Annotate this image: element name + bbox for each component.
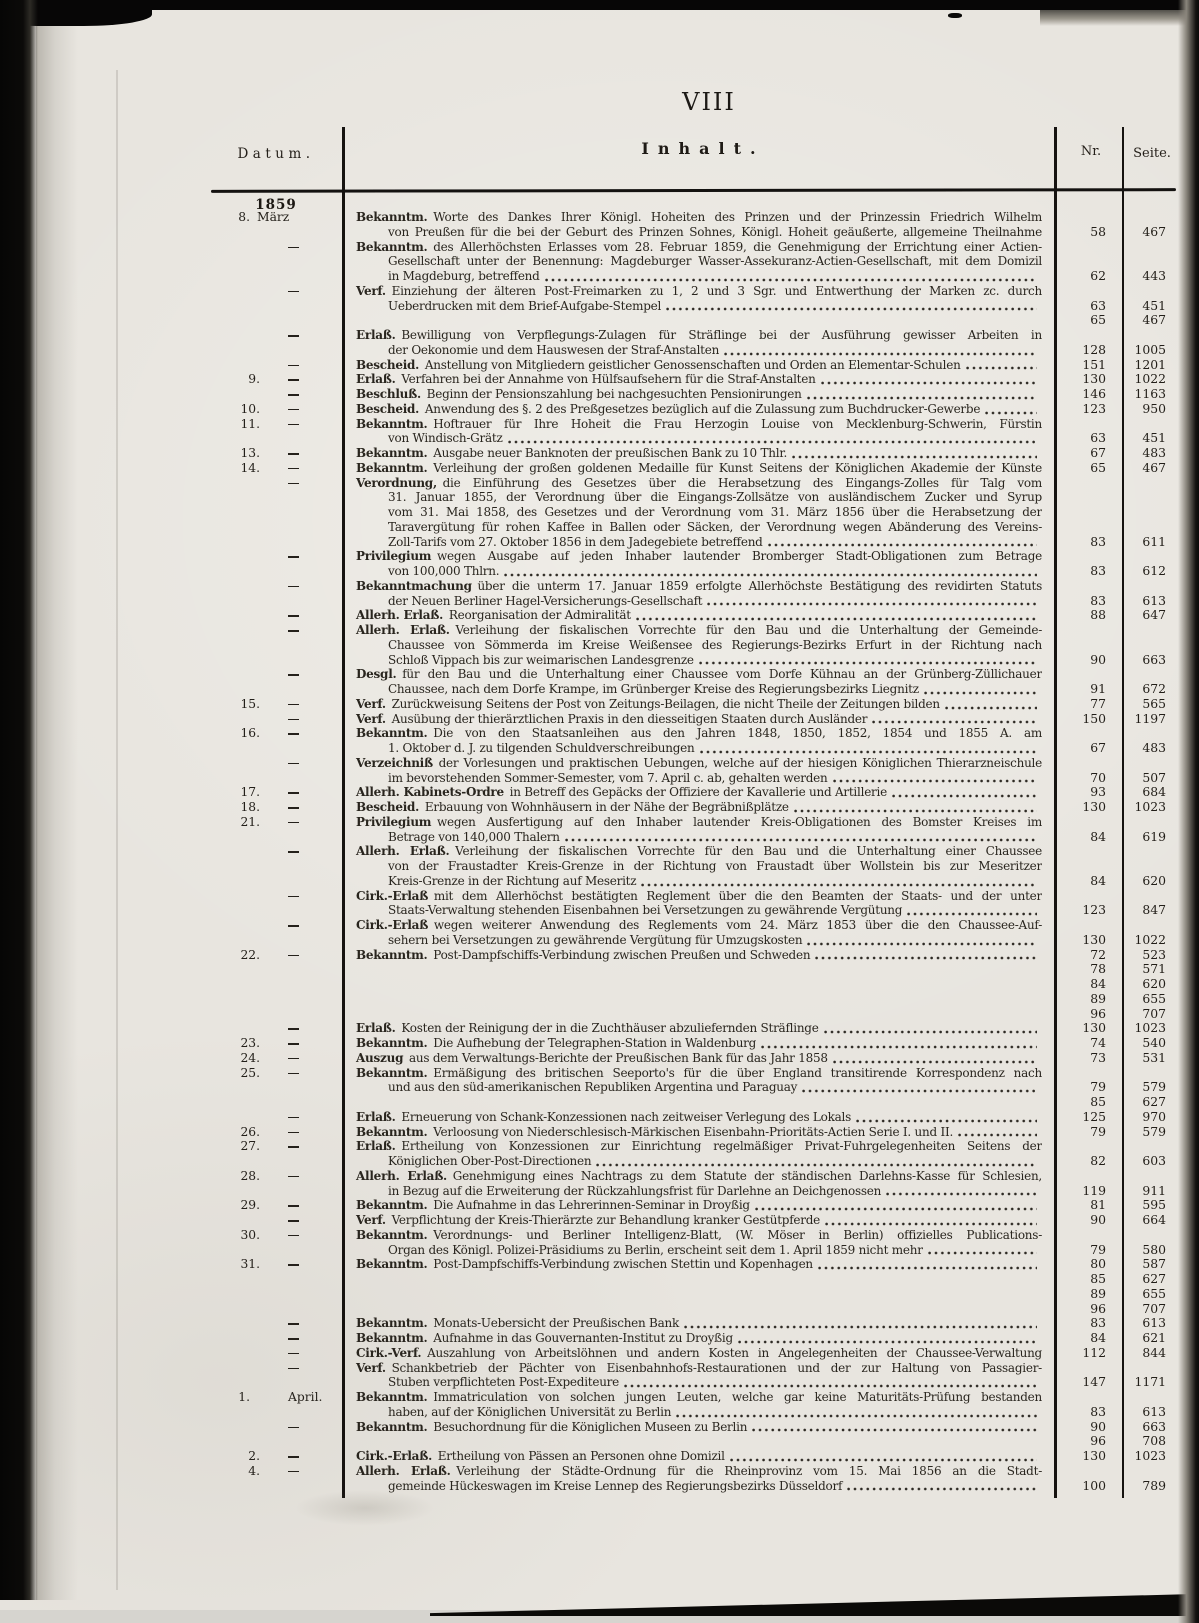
date-cell	[0, 1346, 344, 1361]
date-ditto-dash	[288, 1235, 299, 1237]
date-cell	[0, 594, 344, 609]
dotted-leader	[794, 809, 1037, 813]
entry-line: Gesellschaft unter der Benennung: Magdeb…	[344, 254, 1042, 269]
entry-text: Bekanntm. Ausgabe neuer Banknoten der pr…	[356, 446, 787, 461]
date-ditto-dash	[288, 896, 299, 898]
nr-value	[1042, 476, 1110, 491]
nr-value: 90	[1042, 1213, 1110, 1228]
entry-line	[344, 1007, 1042, 1022]
entry-line: Bekanntm. Verordnungs- und Berliner Inte…	[344, 1228, 1042, 1243]
entry-line: Bekanntmachung über die unterm 17. Janua…	[344, 579, 1042, 594]
date-day: 27.	[240, 1139, 260, 1154]
seite-value	[1110, 490, 1168, 505]
date-ditto-dash	[288, 1338, 299, 1340]
seite-value	[1110, 859, 1168, 874]
toc-row: 25.Bekanntm. Ermäßigung des britischen S…	[0, 1066, 1199, 1081]
entry-line: Bekanntm. Ermäßigung des britischen Seep…	[344, 1066, 1042, 1081]
date-cell	[0, 549, 344, 564]
entry-text: Bekanntm. Post-Dampfschiffs-Verbindung z…	[356, 948, 810, 963]
toc-row: 14.Bekanntm. Verleihung der großen golde…	[0, 461, 1199, 476]
date-cell	[0, 299, 344, 314]
date-ditto-dash	[288, 1264, 299, 1266]
dotted-leader	[666, 307, 1037, 311]
nr-value: 96	[1042, 1302, 1110, 1317]
date-ditto-dash	[288, 1471, 299, 1473]
date-cell: 11.	[0, 417, 344, 432]
entry-text: Chaussee, nach dem Dorfe Krampe, im Grün…	[388, 682, 919, 697]
entry-type-label: Bekanntm.	[356, 726, 427, 740]
date-cell	[0, 874, 344, 889]
date-cell: 10.	[0, 402, 344, 417]
date-cell	[0, 476, 344, 491]
entry-type-label: Bescheid.	[356, 358, 419, 372]
entry-type-label: Allerh. Erlaß.	[356, 844, 449, 858]
entry-text: in Magdeburg, betreffend	[388, 269, 540, 284]
date-cell	[0, 313, 344, 328]
entry-text: Verf. Schankbetrieb der Pächter von Eise…	[356, 1361, 1042, 1376]
nr-value	[1042, 623, 1110, 638]
entry-text: Bekanntm. Besuchordnung für die Königlic…	[356, 1420, 747, 1435]
toc-row: Gesellschaft unter der Benennung: Magdeb…	[0, 254, 1199, 269]
seite-value: 1171	[1110, 1375, 1168, 1390]
seite-value: 620	[1110, 977, 1168, 992]
dotted-leader	[958, 1133, 1037, 1137]
entry-text: Verf. Zurückweisung Seitens der Post von…	[356, 697, 940, 712]
entry-text: Verf. Verpflichtung der Kreis-Thierärzte…	[356, 1213, 820, 1228]
date-cell	[0, 918, 344, 933]
date-day: 11.	[240, 417, 260, 432]
date-cell: 16.	[0, 726, 344, 741]
date-ditto-dash	[288, 1058, 299, 1060]
seite-value	[1110, 210, 1168, 225]
entry-type-label: Privilegium	[356, 549, 431, 563]
entry-type-label: Allerh. Erlaß.	[356, 608, 443, 622]
toc-row: Privilegium wegen Ausgabe auf jeden Inha…	[0, 549, 1199, 564]
toc-row: Bescheid. Anstellung von Mitgliedern gei…	[0, 358, 1199, 373]
date-cell	[0, 653, 344, 668]
toc-row: von Preußen für die bei der Geburt des P…	[0, 225, 1199, 240]
seite-value: 603	[1110, 1154, 1168, 1169]
toc-row: 29.Bekanntm. Die Aufnahme in das Lehreri…	[0, 1198, 1199, 1213]
nr-value: 62	[1042, 269, 1110, 284]
toc-row: Cirk.-Verf. Auszahlung von Arbeitslöhnen…	[0, 1346, 1199, 1361]
entry-line	[344, 962, 1042, 977]
toc-row: Allerh. Erlaß. Verleihung der fiskalisch…	[0, 623, 1199, 638]
date-cell	[0, 240, 344, 255]
entry-line: Bescheid. Anwendung des §. 2 des Preßges…	[344, 402, 1042, 417]
entry-text: Bescheid. Erbauung von Wohnhäusern in de…	[356, 800, 789, 815]
date-cell: 18.	[0, 800, 344, 815]
toc-row: 31. Januar 1855, der Verordnung über die…	[0, 490, 1199, 505]
nr-value: 88	[1042, 608, 1110, 623]
dotted-leader	[807, 396, 1037, 400]
dotted-leader	[966, 366, 1037, 370]
entry-text: Cirk.-Erlaß wegen weiterer Anwendung des…	[356, 918, 1042, 933]
seite-value: 579	[1110, 1080, 1168, 1095]
seite-value	[1110, 254, 1168, 269]
nr-value: 83	[1042, 564, 1110, 579]
nr-value: 79	[1042, 1243, 1110, 1258]
nr-value	[1042, 490, 1110, 505]
date-cell	[0, 712, 344, 727]
nr-value: 65	[1042, 461, 1110, 476]
entry-text: Privilegium wegen Ausgabe auf jeden Inha…	[356, 549, 1042, 564]
seite-value: 620	[1110, 874, 1168, 889]
entry-type-label: Erlaß.	[356, 1110, 396, 1124]
scan-top-edge	[0, 0, 1199, 10]
entry-line: Königlichen Ober-Post-Directionen	[344, 1154, 1042, 1169]
entry-text: Bekanntm. Verordnungs- und Berliner Inte…	[356, 1228, 1042, 1243]
entry-line	[344, 1095, 1042, 1110]
entry-type-label: Allerh. Erlaß.	[356, 623, 450, 637]
seite-value: 587	[1110, 1257, 1168, 1272]
seite-value: 467	[1110, 313, 1168, 328]
date-cell	[0, 1272, 344, 1287]
entry-line: Bekanntm. Worte des Dankes Ihrer Königl.…	[344, 210, 1042, 225]
date-ditto-dash	[288, 733, 299, 735]
entry-type-label: Cirk.-Verf.	[356, 1346, 421, 1360]
date-ditto-dash	[288, 807, 299, 809]
nr-value: 123	[1042, 903, 1110, 918]
entry-line: haben, auf der Königlichen Universität z…	[344, 1405, 1042, 1420]
nr-value	[1042, 918, 1110, 933]
entry-text: Verf. Einziehung der älteren Post-Freima…	[356, 284, 1042, 299]
dotted-leader	[699, 661, 1037, 665]
date-ditto-dash	[288, 955, 299, 957]
nr-value: 67	[1042, 446, 1110, 461]
dotted-leader	[928, 1251, 1037, 1255]
date-cell	[0, 269, 344, 284]
dotted-leader	[596, 1163, 1037, 1167]
seite-value: 664	[1110, 1213, 1168, 1228]
date-ditto-dash	[288, 615, 299, 617]
date-ditto-dash	[288, 1456, 299, 1458]
date-day: 29.	[240, 1198, 260, 1213]
entry-type-label: Bekanntm.	[356, 1066, 427, 1080]
date-day: 24.	[240, 1051, 260, 1066]
entry-line: Allerh. Erlaß. Verleihung der fiskalisch…	[344, 844, 1042, 859]
date-ditto-dash	[288, 704, 299, 706]
date-cell	[0, 431, 344, 446]
entry-line: Privilegium wegen Ausfertigung auf den I…	[344, 815, 1042, 830]
nr-value: 130	[1042, 800, 1110, 815]
entry-type-label: Bekanntm.	[356, 1257, 427, 1271]
seite-value: 579	[1110, 1125, 1168, 1140]
entry-line: Bekanntm. Aufnahme in das Gouvernanten-I…	[344, 1331, 1042, 1346]
seite-value	[1110, 638, 1168, 653]
toc-row: von Windisch-Grätz63451	[0, 431, 1199, 446]
seite-value: 789	[1110, 1479, 1168, 1494]
toc-row: von der Fraustadter Kreis-Grenze in der …	[0, 859, 1199, 874]
date-cell	[0, 1302, 344, 1317]
toc-row: 23.Bekanntm. Die Aufhebung der Telegraph…	[0, 1036, 1199, 1051]
date-ditto-dash	[288, 822, 299, 824]
seite-value	[1110, 284, 1168, 299]
entry-line: Allerh. Erlaß. Genehmigung eines Nachtra…	[344, 1169, 1042, 1184]
entry-text: Erlaß. Bewilligung von Verpflegungs-Zula…	[356, 328, 1042, 343]
date-cell	[0, 564, 344, 579]
nr-value	[1042, 240, 1110, 255]
nr-value	[1042, 254, 1110, 269]
entry-line	[344, 1434, 1042, 1449]
entry-text: Allerh. Erlaß. Verleihung der Städte-Ord…	[356, 1464, 1042, 1479]
nr-value: 65	[1042, 313, 1110, 328]
entry-line: Ueberdrucken mit dem Brief-Aufgabe-Stemp…	[344, 299, 1042, 314]
seite-value	[1110, 623, 1168, 638]
entry-type-label: Bekanntm.	[356, 1125, 427, 1139]
entry-text: Bekanntmachung über die unterm 17. Janua…	[356, 579, 1042, 594]
entry-line: Bekanntm. Immatriculation von solchen ju…	[344, 1390, 1042, 1405]
scan-speck	[948, 13, 962, 18]
toc-row: Stuben verpflichteten Post-Expediteure14…	[0, 1375, 1199, 1390]
date-ditto-dash	[288, 556, 299, 558]
entry-text: Bekanntm. Die Aufhebung der Telegraphen-…	[356, 1036, 756, 1051]
date-cell	[0, 490, 344, 505]
nr-value: 79	[1042, 1125, 1110, 1140]
date-cell	[0, 1110, 344, 1125]
seite-value	[1110, 918, 1168, 933]
entry-line: Bekanntm. Besuchordnung für die Königlic…	[344, 1420, 1042, 1435]
date-cell	[0, 254, 344, 269]
entry-text: Allerh. Kabinets-Ordre in Betreff des Ge…	[356, 785, 887, 800]
seite-value: 627	[1110, 1272, 1168, 1287]
seite-value: 507	[1110, 771, 1168, 786]
seite-value: 1023	[1110, 1021, 1168, 1036]
seite-value: 483	[1110, 446, 1168, 461]
entry-line	[344, 313, 1042, 328]
date-cell	[0, 1287, 344, 1302]
toc-row: vom 31. Mai 1858, des Gesetzes und der V…	[0, 505, 1199, 520]
nr-value	[1042, 1228, 1110, 1243]
date-cell	[0, 638, 344, 653]
entry-type-label: Allerh. Kabinets-Ordre	[356, 785, 504, 799]
seite-value: 970	[1110, 1110, 1168, 1125]
toc-row: 10.Bescheid. Anwendung des §. 2 des Preß…	[0, 402, 1199, 417]
seite-value: 655	[1110, 992, 1168, 1007]
nr-value	[1042, 859, 1110, 874]
nr-value: 67	[1042, 741, 1110, 756]
entry-text: Erlaß. Ertheilung von Konzessionen zur E…	[356, 1139, 1042, 1154]
nr-value	[1042, 328, 1110, 343]
entry-text: von der Fraustadter Kreis-Grenze in der …	[388, 859, 1042, 874]
date-cell	[0, 1420, 344, 1435]
seite-value: 531	[1110, 1051, 1168, 1066]
nr-value: 83	[1042, 1316, 1110, 1331]
date-ditto-dash	[288, 394, 299, 396]
nr-value	[1042, 1390, 1110, 1405]
entry-line: und aus den süd-amerikanischen Republike…	[344, 1080, 1042, 1095]
toc-row: Schloß Vippach bis zur weimarischen Land…	[0, 653, 1199, 668]
entry-text: im bevorstehenden Sommer-Semester, vom 7…	[388, 771, 828, 786]
nr-value: 90	[1042, 653, 1110, 668]
date-cell	[0, 343, 344, 358]
date-ditto-dash	[288, 1028, 299, 1030]
toc-row: in Magdeburg, betreffend62443	[0, 269, 1199, 284]
entry-type-label: Bescheid.	[356, 402, 419, 416]
date-ditto-dash	[288, 1043, 299, 1045]
entry-text: von 100,000 Thlrn.	[388, 564, 499, 579]
column-header-nr: Nr.	[1062, 144, 1120, 159]
seite-value: 540	[1110, 1036, 1168, 1051]
date-cell: 31.	[0, 1257, 344, 1272]
entry-line	[344, 1272, 1042, 1287]
entry-line: Bekanntm. Verloosung von Niederschlesisc…	[344, 1125, 1042, 1140]
entry-type-label: Erlaß.	[356, 372, 396, 386]
date-cell	[0, 579, 344, 594]
date-day: 31.	[240, 1257, 260, 1272]
entry-text: sehern bei Versetzungen zu gewährende Ve…	[388, 933, 802, 948]
paper-smudge	[295, 1490, 435, 1526]
toc-row: 65467	[0, 313, 1199, 328]
entry-text: Bekanntm. Die Aufnahme in das Lehrerinne…	[356, 1198, 750, 1213]
entry-text: Auszug aus dem Verwaltungs-Berichte der …	[356, 1051, 828, 1066]
seite-value: 1197	[1110, 712, 1168, 727]
toc-row: 89655	[0, 992, 1199, 1007]
date-cell	[0, 667, 344, 682]
dotted-leader	[824, 1030, 1037, 1034]
date-ditto-dash	[288, 453, 299, 455]
date-cell: 29.	[0, 1198, 344, 1213]
seite-value: 844	[1110, 1346, 1168, 1361]
nr-value: 84	[1042, 977, 1110, 992]
nr-value: 63	[1042, 299, 1110, 314]
entry-line: vom 31. Mai 1858, des Gesetzes und der V…	[344, 505, 1042, 520]
toc-row: Cirk.-Erlaß mit dem Allerhöchst bestätig…	[0, 889, 1199, 904]
seite-value: 655	[1110, 1287, 1168, 1302]
toc-row: Verf. Schankbetrieb der Pächter von Eise…	[0, 1361, 1199, 1376]
date-cell	[0, 358, 344, 373]
nr-value: 83	[1042, 594, 1110, 609]
entry-text: Bescheid. Anwendung des §. 2 des Preßges…	[356, 402, 980, 417]
entry-text: Bekanntm. Immatriculation von solchen ju…	[356, 1390, 1042, 1405]
date-cell	[0, 1479, 344, 1494]
toc-row: 78571	[0, 962, 1199, 977]
toc-row: Bekanntm. Besuchordnung für die Königlic…	[0, 1420, 1199, 1435]
toc-row: 31.Bekanntm. Post-Dampfschiffs-Verbindun…	[0, 1257, 1199, 1272]
entry-text: Bekanntm. Die von den Staatsanleihen aus…	[356, 726, 1042, 741]
seite-value: 467	[1110, 225, 1168, 240]
date-day: 10.	[240, 402, 260, 417]
date-day: 9.	[248, 372, 260, 387]
dotted-leader	[907, 912, 1037, 916]
entry-line: Bescheid. Erbauung von Wohnhäusern in de…	[344, 800, 1042, 815]
seite-value	[1110, 505, 1168, 520]
date-cell	[0, 903, 344, 918]
toc-row: Verf. Verpflichtung der Kreis-Thierärzte…	[0, 1213, 1199, 1228]
toc-row: 16.Bekanntm. Die von den Staatsanleihen …	[0, 726, 1199, 741]
date-cell	[0, 1154, 344, 1169]
toc-row: Kreis-Grenze in der Richtung auf Meserit…	[0, 874, 1199, 889]
dotted-leader	[755, 1207, 1037, 1211]
seite-value	[1110, 417, 1168, 432]
dotted-leader	[724, 352, 1037, 356]
entry-type-label: Bescheid.	[356, 800, 419, 814]
date-ditto-dash	[288, 630, 299, 632]
entry-line: Taravergütung für rohen Kaffee in Ballen…	[344, 520, 1042, 535]
nr-value: 96	[1042, 1007, 1110, 1022]
entry-text: Erlaß. Kosten der Reinigung der in die Z…	[356, 1021, 819, 1036]
nr-value: 146	[1042, 387, 1110, 402]
entry-type-label: Beschluß.	[356, 387, 421, 401]
date-ditto-dash	[288, 925, 299, 927]
entry-text: Verordnung, die Einführung des Gesetzes …	[356, 476, 1042, 491]
entry-text: gemeinde Hückeswagen im Kreise Lennep de…	[388, 1479, 842, 1494]
entry-type-label: Allerh. Erlaß.	[356, 1464, 451, 1478]
entry-line: Verf. Verpflichtung der Kreis-Thierärzte…	[344, 1213, 1042, 1228]
nr-value: 130	[1042, 372, 1110, 387]
seite-value: 684	[1110, 785, 1168, 800]
entry-line: Auszug aus dem Verwaltungs-Berichte der …	[344, 1051, 1042, 1066]
toc-row: 27.Erlaß. Ertheilung von Konzessionen zu…	[0, 1139, 1199, 1154]
toc-row: Verf. Ausübung der thierärztlichen Praxi…	[0, 712, 1199, 727]
entry-line: Erlaß. Verfahren bei der Annahme von Hül…	[344, 372, 1042, 387]
entry-line: Erlaß. Kosten der Reinigung der in die Z…	[344, 1021, 1042, 1036]
nr-value: 91	[1042, 682, 1110, 697]
toc-row: Erlaß. Kosten der Reinigung der in die Z…	[0, 1021, 1199, 1036]
seite-value: 707	[1110, 1302, 1168, 1317]
date-month: April.	[288, 1390, 322, 1405]
entry-type-label: Erlaß.	[356, 328, 396, 342]
date-cell	[0, 520, 344, 535]
date-cell: 24.	[0, 1051, 344, 1066]
toc-row: 96707	[0, 1007, 1199, 1022]
date-ditto-dash	[288, 1368, 299, 1370]
seite-value	[1110, 1464, 1168, 1479]
date-ditto-dash	[288, 1117, 299, 1119]
dotted-leader	[676, 1414, 1037, 1418]
seite-value: 663	[1110, 653, 1168, 668]
nr-value: 73	[1042, 1051, 1110, 1066]
entry-line: Verordnung, die Einführung des Gesetzes …	[344, 476, 1042, 491]
toc-row: 85627	[0, 1272, 1199, 1287]
entry-line: Kreis-Grenze in der Richtung auf Meserit…	[344, 874, 1042, 889]
entry-type-label: Verf.	[356, 697, 386, 711]
dotted-leader	[872, 720, 1037, 724]
entry-text: vom 31. Mai 1858, des Gesetzes und der V…	[388, 505, 1042, 520]
toc-row: 17.Allerh. Kabinets-Ordre in Betreff des…	[0, 785, 1199, 800]
date-cell	[0, 623, 344, 638]
date-day: 15.	[240, 697, 260, 712]
dotted-leader	[761, 1045, 1037, 1049]
entry-text: Bekanntm. Post-Dampfschiffs-Verbindung z…	[356, 1257, 813, 1272]
entry-text: Staats-Verwaltung stehenden Eisenbahnen …	[388, 903, 902, 918]
seite-value: 1022	[1110, 372, 1168, 387]
entry-line	[344, 1302, 1042, 1317]
toc-row: 1.April.Bekanntm. Immatriculation von so…	[0, 1390, 1199, 1405]
date-cell	[0, 1434, 344, 1449]
seite-value: 613	[1110, 1405, 1168, 1420]
toc-row: 22.Bekanntm. Post-Dampfschiffs-Verbindun…	[0, 948, 1199, 963]
entry-type-label: Cirk.-Erlaß	[356, 918, 428, 932]
entry-line: Verf. Schankbetrieb der Pächter von Eise…	[344, 1361, 1042, 1376]
seite-value: 1163	[1110, 387, 1168, 402]
date-cell	[0, 1007, 344, 1022]
column-header-seite: Seite.	[1122, 146, 1182, 161]
seite-value: 483	[1110, 741, 1168, 756]
nr-value: 79	[1042, 1080, 1110, 1095]
seite-value	[1110, 1066, 1168, 1081]
nr-value: 74	[1042, 1036, 1110, 1051]
nr-value	[1042, 579, 1110, 594]
entry-line: Verf. Ausübung der thierärztlichen Praxi…	[344, 712, 1042, 727]
date-cell	[0, 328, 344, 343]
entry-line: Bekanntm. Post-Dampfschiffs-Verbindung z…	[344, 1257, 1042, 1272]
date-ditto-dash	[288, 1427, 299, 1429]
nr-value: 72	[1042, 948, 1110, 963]
entry-line: Bekanntm. Ausgabe neuer Banknoten der pr…	[344, 446, 1042, 461]
seite-value: 1023	[1110, 1449, 1168, 1464]
entry-line: Allerh. Erlaß. Verleihung der fiskalisch…	[344, 623, 1042, 638]
